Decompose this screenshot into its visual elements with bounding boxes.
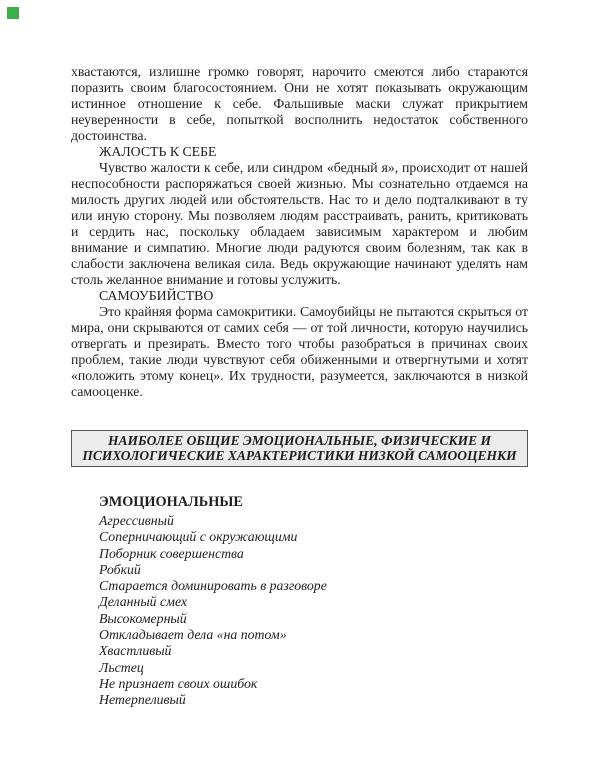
- list-item: Робкий: [99, 562, 528, 578]
- list-item: Высокомерный: [99, 611, 528, 627]
- list-item: Льстец: [99, 660, 528, 676]
- list-heading-emotional: ЭМОЦИОНАЛЬНЫЕ: [99, 494, 528, 511]
- list-item: Деланный смех: [99, 594, 528, 610]
- characteristics-title-box: НАИБОЛЕЕ ОБЩИЕ ЭМОЦИОНАЛЬНЫЕ, ФИЗИЧЕСКИЕ…: [71, 430, 528, 467]
- heading-suicide: САМОУБИЙСТВО: [99, 288, 528, 304]
- list-item: Откладывает дела «на потом»: [99, 627, 528, 643]
- paragraph-false-masks: хвастаются, излишне громко говорят, наро…: [71, 64, 528, 144]
- emotional-characteristics-section: ЭМОЦИОНАЛЬНЫЕ Агрессивный Соперничающий …: [99, 494, 528, 709]
- list-item: Агрессивный: [99, 513, 528, 529]
- box-title-line-2: ПСИХОЛОГИЧЕСКИЕ ХАРАКТЕРИСТИКИ НИЗКОЙ СА…: [76, 448, 523, 463]
- paragraph-self-pity: Чувство жалости к себе, или синдром «бед…: [71, 160, 528, 288]
- list-item: Хвастливый: [99, 643, 528, 659]
- corner-marker: [7, 7, 19, 19]
- list-item: Нетерпеливый: [99, 692, 528, 708]
- list-item: Не признает своих ошибок: [99, 676, 528, 692]
- page-text-block: хвастаются, излишне громко говорят, наро…: [71, 64, 528, 709]
- list-item: Соперничающий с окружающими: [99, 529, 528, 545]
- list-item: Поборник совершенства: [99, 546, 528, 562]
- paragraph-suicide: Это крайняя форма самокритики. Самоубийц…: [71, 304, 528, 400]
- list-item: Старается доминировать в разговоре: [99, 578, 528, 594]
- box-title-line-1: НАИБОЛЕЕ ОБЩИЕ ЭМОЦИОНАЛЬНЫЕ, ФИЗИЧЕСКИЕ…: [76, 433, 523, 448]
- heading-self-pity: ЖАЛОСТЬ К СЕБЕ: [99, 144, 528, 160]
